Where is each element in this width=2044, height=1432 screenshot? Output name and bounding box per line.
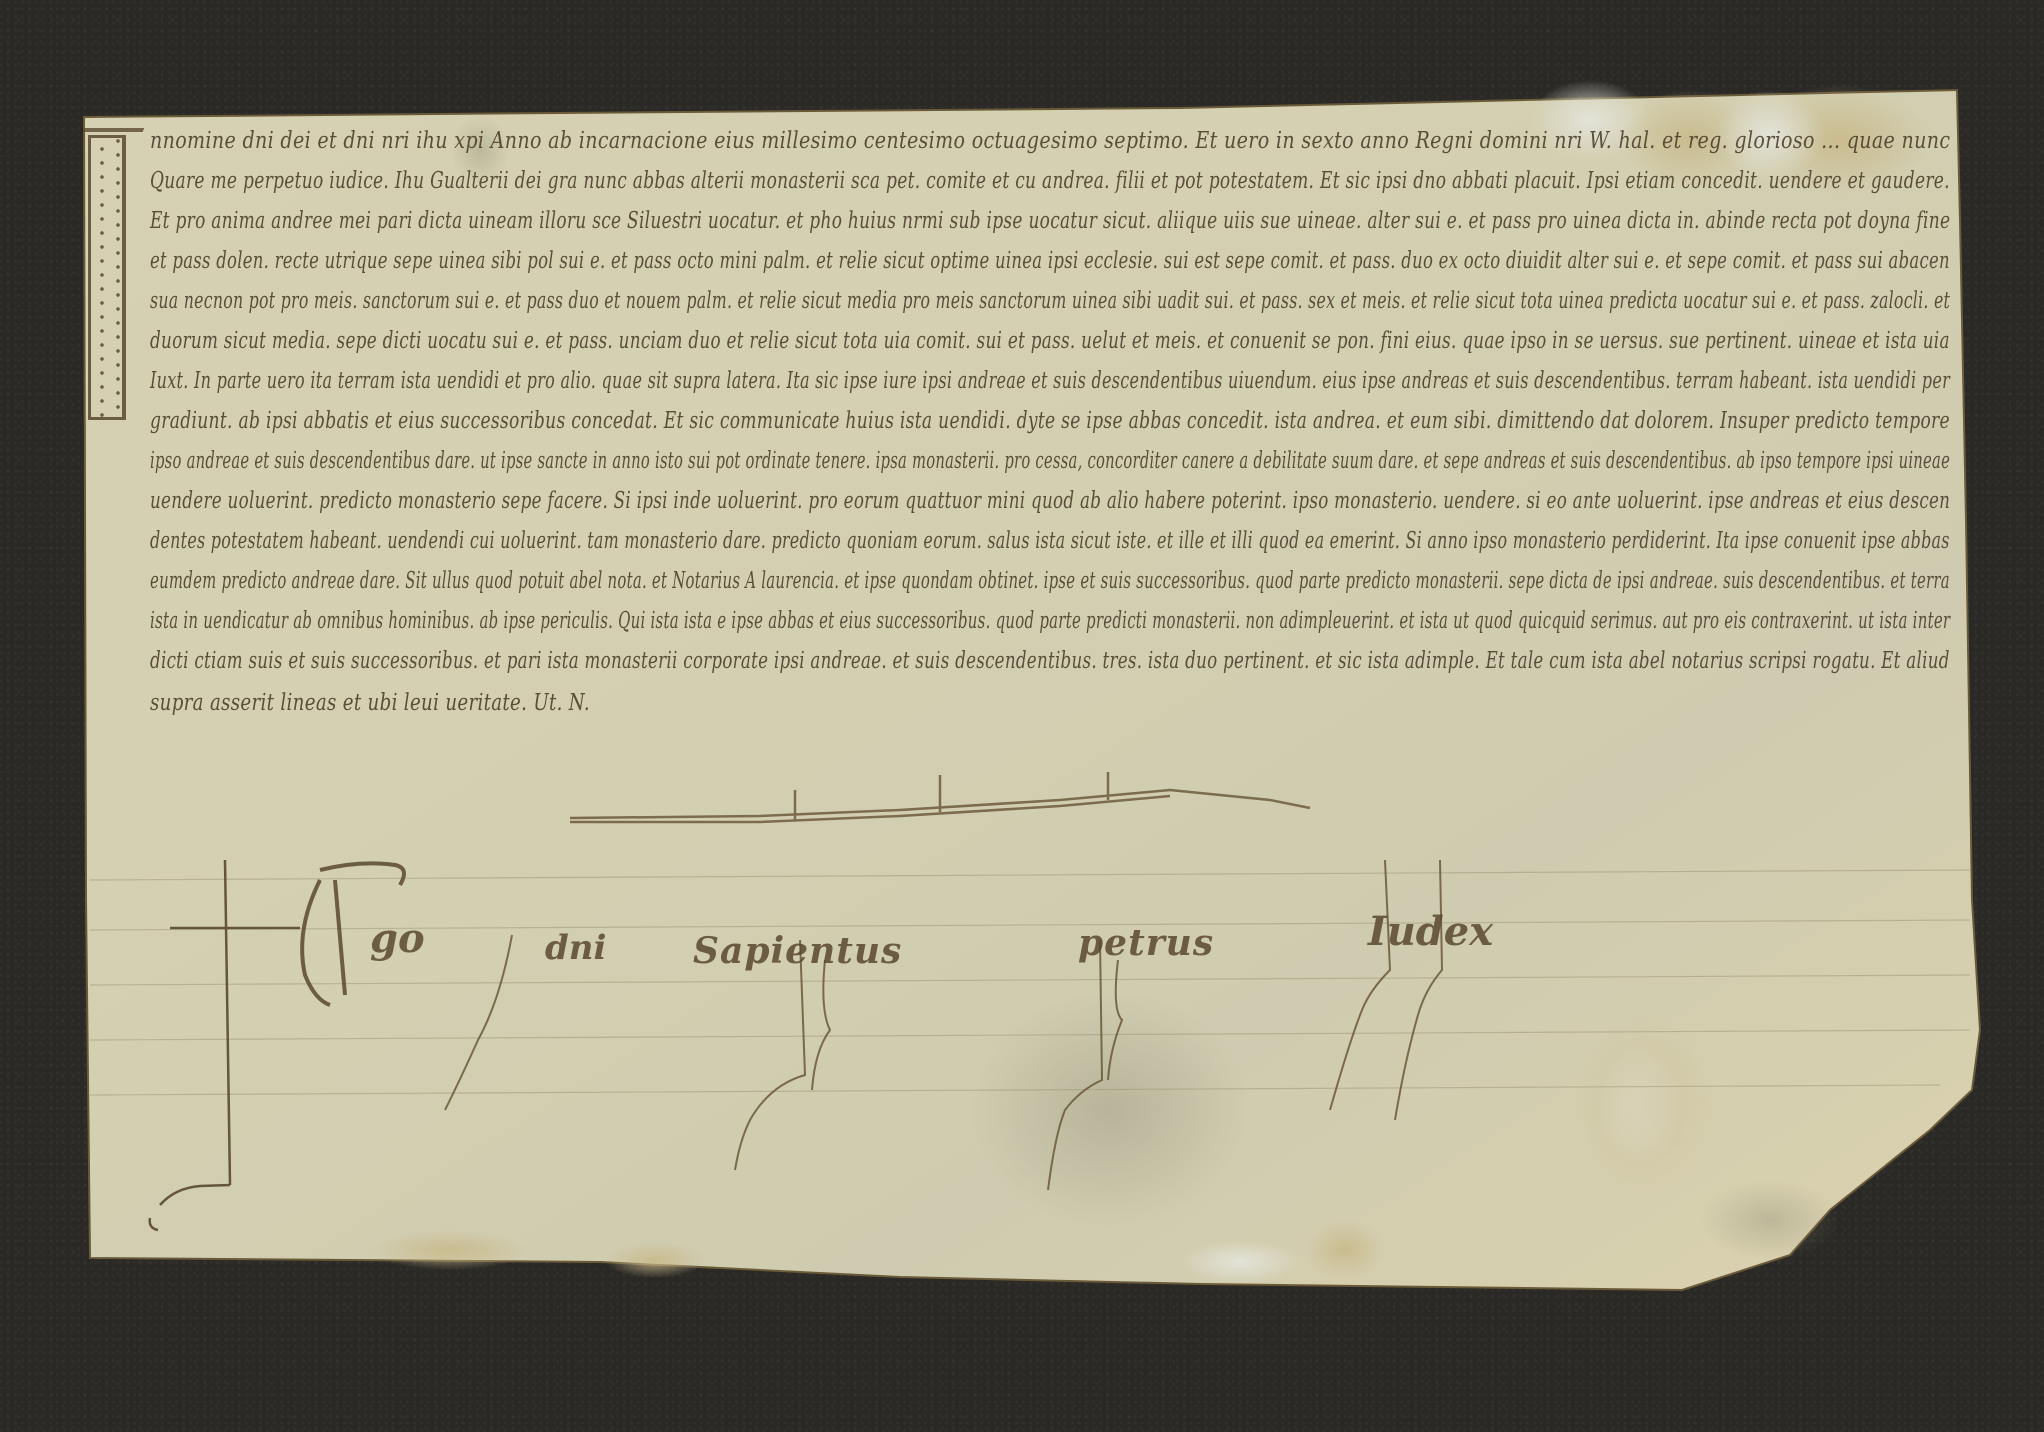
signature-ego: go: [370, 915, 425, 962]
subscriptions: go dni Sapientus petrus Iudex: [0, 0, 2044, 1432]
signature-sapientus: Sapientus: [693, 930, 902, 972]
signature-dominus: dni: [545, 928, 606, 968]
document-viewer: nnomine dni dei et dni nri ihu xpi Anno …: [0, 0, 2044, 1432]
signature-petrus: petrus: [1078, 922, 1214, 964]
signature-iudex: Iudex: [1368, 908, 1493, 955]
